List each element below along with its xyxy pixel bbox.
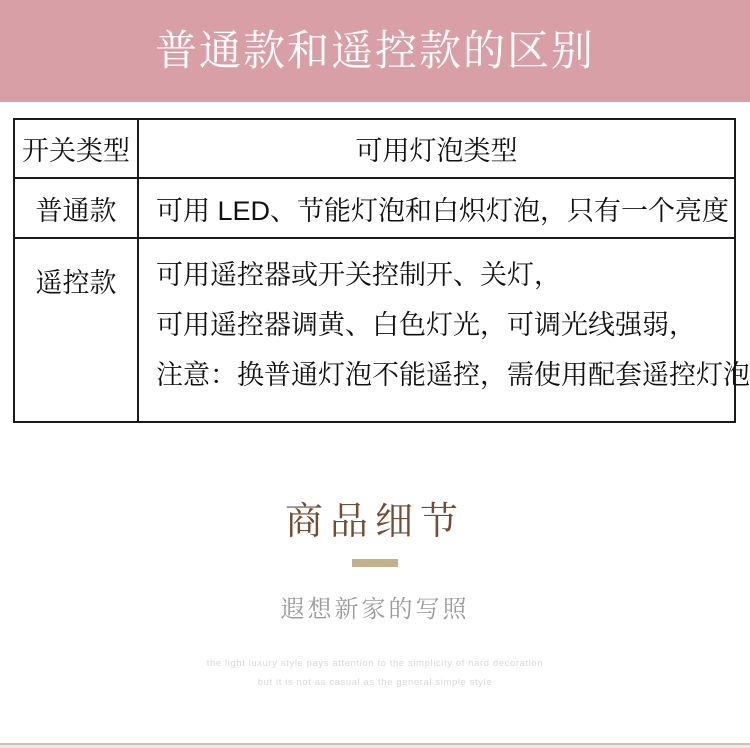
row-label-normal: 普通款 bbox=[14, 178, 138, 238]
table-header-row: 开关类型 可用灯泡类型 bbox=[14, 119, 735, 178]
row-label-remote: 遥控款 bbox=[14, 238, 138, 422]
english-caption-line1: the light luxury style pays attention to… bbox=[0, 659, 750, 669]
details-section: 商品细节 遐想新家的写照 the light luxury style pays… bbox=[0, 503, 750, 687]
product-detail-page: 普通款和遥控款的区别 开关类型 可用灯泡类型 普通款 可用 LED、节能灯泡和白… bbox=[0, 0, 750, 687]
table-row-normal: 普通款 可用 LED、节能灯泡和白炽灯泡，只有一个亮度 bbox=[14, 178, 735, 238]
section-divider bbox=[352, 559, 398, 567]
row-desc-remote: 可用遥控器或开关控制开、关灯， 可用遥控器调黄、白色灯光，可调光线强弱， 注意：… bbox=[138, 238, 735, 422]
remote-desc-line: 可用遥控器或开关控制开、关灯， bbox=[156, 250, 734, 300]
remote-desc-line: 可用遥控器调黄、白色灯光，可调光线强弱， bbox=[156, 300, 734, 350]
col-header-switch-type: 开关类型 bbox=[14, 119, 138, 178]
page-title: 普通款和遥控款的区别 bbox=[155, 30, 595, 72]
section-subtitle: 遐想新家的写照 bbox=[0, 597, 750, 623]
col-header-bulb-type: 可用灯泡类型 bbox=[138, 119, 735, 178]
remote-desc-line: 注意：换普通灯泡不能遥控，需使用配套遥控灯泡 bbox=[156, 350, 734, 400]
header-banner: 普通款和遥控款的区别 bbox=[0, 0, 750, 102]
bottom-strip bbox=[0, 743, 750, 748]
comparison-table: 开关类型 可用灯泡类型 普通款 可用 LED、节能灯泡和白炽灯泡，只有一个亮度 … bbox=[13, 118, 736, 423]
row-desc-normal: 可用 LED、节能灯泡和白炽灯泡，只有一个亮度 bbox=[138, 178, 735, 238]
table-row-remote: 遥控款 可用遥控器或开关控制开、关灯， 可用遥控器调黄、白色灯光，可调光线强弱，… bbox=[14, 238, 735, 422]
english-caption-line2: but it is not as casual as the general s… bbox=[0, 678, 750, 688]
section-title: 商品细节 bbox=[0, 503, 750, 541]
